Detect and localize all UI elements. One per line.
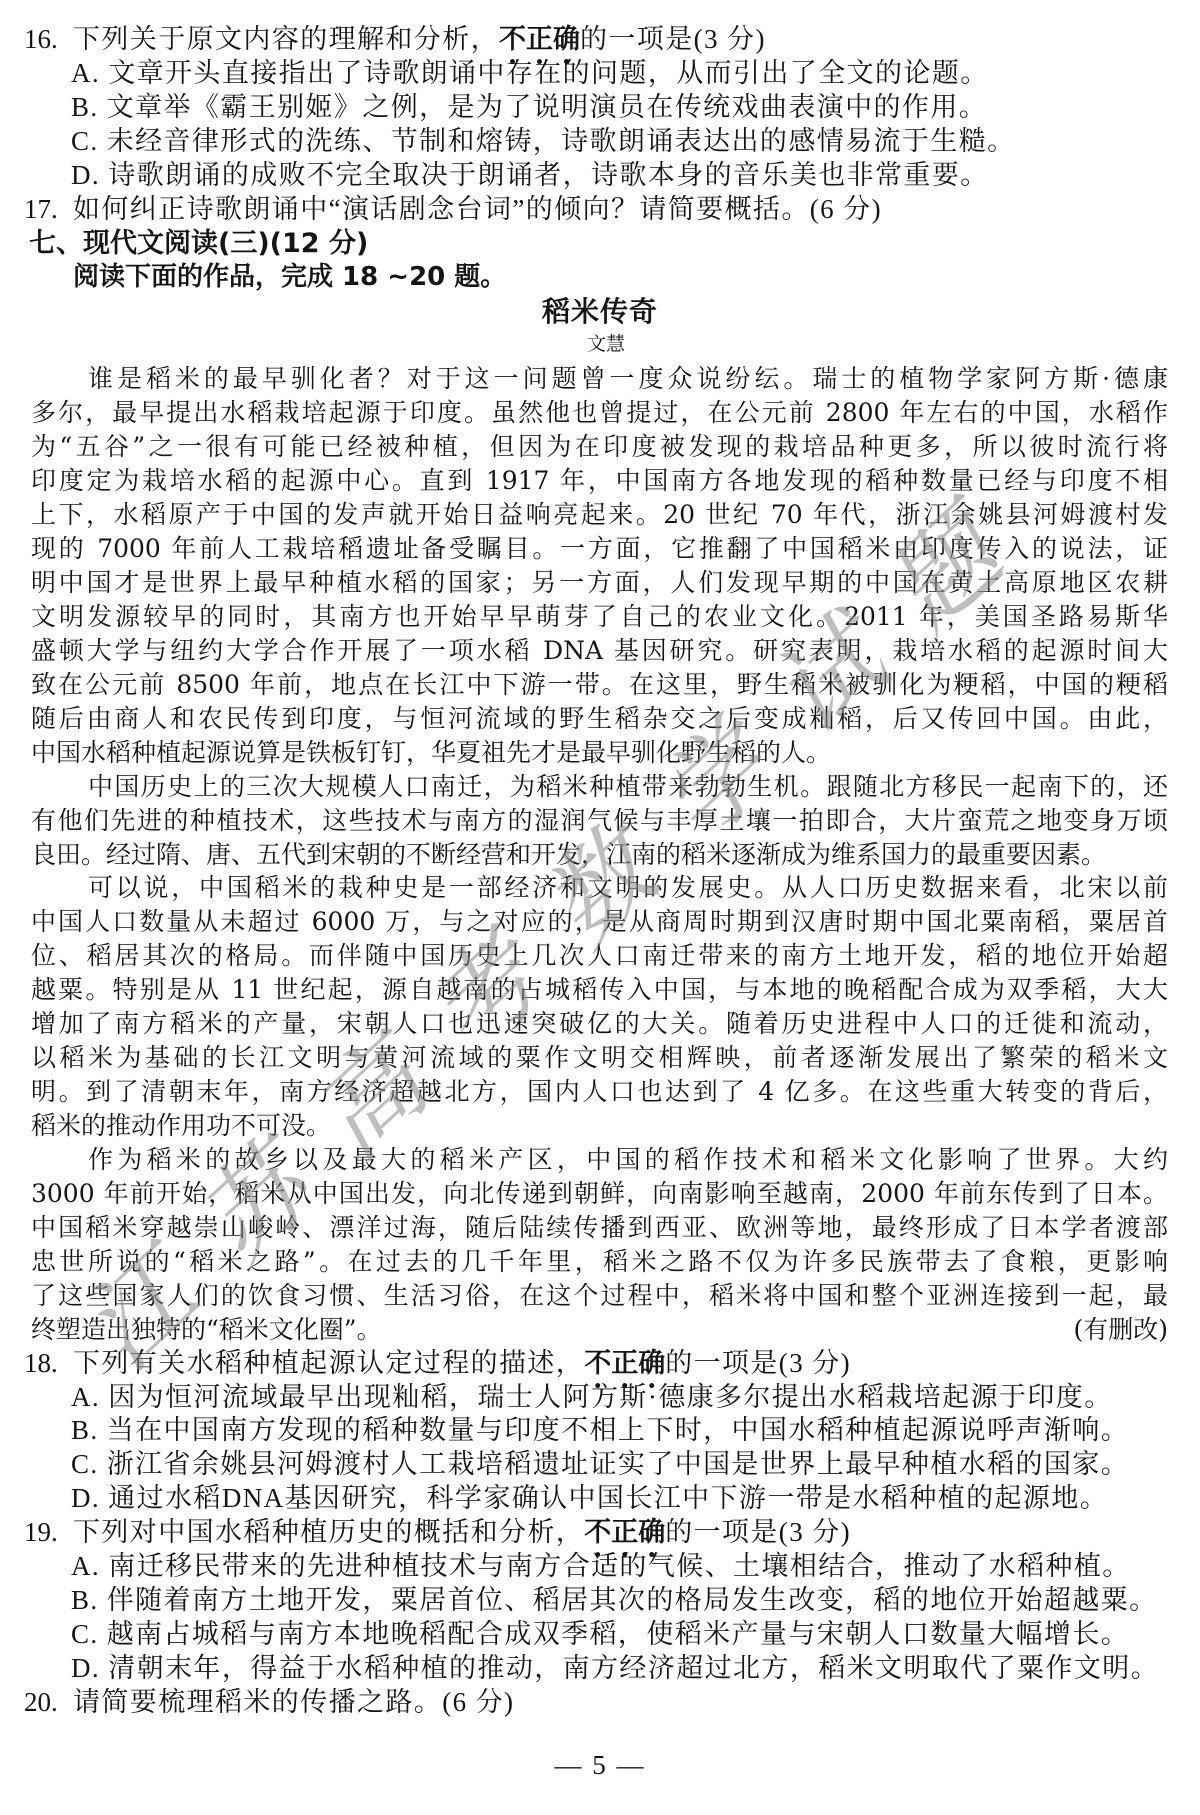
paragraph-line: 明中国才是世界上最早种植水稻的国家；另一方面，人们发现早期的中国在黄土高原地区农… [31, 566, 1168, 600]
paragraph-line: 位、稻居其次的格局。而伴随中国历史上几次人口南迁带来的南方土地开发，稻的地位开始… [31, 939, 1168, 973]
question-stem-score: 的一项是(3 分) [665, 1517, 851, 1547]
option-a: A. 因为恒河流域最早出现籼稻，瑞士人阿方斯·德康多尔提出水稻栽培起源于印度。 [0, 1381, 1200, 1415]
option-label: D. [71, 1483, 100, 1513]
option-b: B. 伴随着南方土地开发，粟居首位、稻居其次的格局发生改变，稻的地位开始超越粟。 [0, 1584, 1200, 1618]
option-text: 文章举《霸王别姬》之例，是为了说明演员在传统戏曲表演中的作用。 [107, 92, 987, 122]
emphasis-not-correct: 不正确 [584, 1348, 665, 1379]
edit-note: (有删改) [1073, 1313, 1168, 1347]
option-c: C. 未经音律形式的洗练、节制和熔铸，诗歌朗诵表达出的感情易流于生糙。 [0, 125, 1200, 159]
option-a: A. 文章开头直接指出了诗歌朗诵中存在的问题，从而引出了全文的论题。 [0, 57, 1200, 91]
question-20: 20.请简要梳理稻米的传播之路。(6 分) [0, 1686, 1200, 1720]
option-label: B. [71, 1415, 99, 1445]
option-a: A. 南迁移民带来的先进种植技术与南方合适的气候、土壤相结合，推动了水稻种植。 [0, 1550, 1200, 1584]
question-number: 18. [24, 1347, 73, 1381]
option-text: 未经音律形式的洗练、节制和熔铸，诗歌朗诵表达出的感情易流于生糙。 [107, 126, 1016, 156]
question-16-stem: 16.下列关于原文内容的理解和分析，不正确的一项是(3 分) [0, 23, 1200, 57]
section-heading: 七、现代文阅读(三)(12 分) [0, 227, 1200, 261]
article-paragraph-2: 中国历史上的三次大规模人口南迁，为稻米种植带来勃勃生机。跟随北方移民一起南下的，… [0, 770, 1200, 872]
paragraph-line: 印度定为栽培水稻的起源中心。直到 1917 年，中国南方各地发现的稻种数量已经与… [31, 464, 1168, 498]
option-d: D. 诗歌朗诵的成败不完全取决于朗诵者，诗歌本身的音乐美也非常重要。 [0, 159, 1200, 193]
option-label: D. [71, 1653, 100, 1683]
paragraph-line: 中国水稻种植起源说算是铁板钉钉，华夏祖先才是最早驯化野生稻的人。 [31, 736, 1168, 770]
article-title: 稻米传奇 [0, 295, 1200, 329]
option-label: B. [71, 1585, 99, 1615]
question-stem-score: 的一项是(3 分) [665, 1348, 851, 1378]
option-text: 因为恒河流域最早出现籼稻，瑞士人阿方斯·德康多尔提出水稻栽培起源于印度。 [108, 1382, 1112, 1412]
paragraph-line: 文明发源较早的同时，其南方也开始早早萌芽了自己的农业文化。2011 年，美国圣路… [31, 600, 1168, 634]
paragraph-line: 谁是稻米的最早驯化者？对于这一问题曾一度众说纷纭。瑞士的植物学家阿方斯·德康 [31, 362, 1168, 396]
paragraph-line: 中国人口数量从未超过 6000 万，与之对应的，是从商周时期到汉唐时期中国北粟南… [31, 905, 1168, 939]
question-text: 如何纠正诗歌朗诵中“演话剧念台词”的倾向？请简要概括。(6 分) [73, 194, 882, 224]
paragraph-line: 可以说，中国稻米的栽种史是一部经济和文明的发展史。从人口历史数据来看，北宋以前 [31, 871, 1168, 905]
option-text: 南迁移民带来的先进种植技术与南方合适的气候、土壤相结合，推动了水稻种植。 [108, 1551, 1130, 1581]
option-label: D. [71, 160, 100, 190]
emphasis-not-correct: 不正确 [584, 1517, 665, 1548]
option-d: D. 清朝末年，得益于水稻种植的推动，南方经济超过北方，稻米文明取代了粟作文明。 [0, 1652, 1200, 1686]
option-label: A. [71, 58, 100, 88]
paragraph-line: 现的 7000 年前人工栽培稻遗址备受瞩目。一方面，它推翻了中国稻米由印度传入的… [31, 532, 1168, 566]
question-number: 16. [24, 23, 73, 57]
section-instruction: 阅读下面的作品，完成 18 ~20 题。 [0, 261, 1200, 295]
paragraph-line: 终塑造出独特的“稻米文化圈”。 [31, 1313, 382, 1347]
paragraph-line: 稻米的推动作用功不可没。 [31, 1109, 1168, 1143]
exam-page: 16.下列关于原文内容的理解和分析，不正确的一项是(3 分) A. 文章开头直接… [0, 23, 1200, 1720]
option-text: 文章开头直接指出了诗歌朗诵中存在的问题，从而引出了全文的论题。 [108, 58, 988, 88]
paragraph-line: 以稻米为基础的长江文明与黄河流域的粟作文明交相辉映，前者逐渐发展出了繁荣的稻米文 [31, 1041, 1168, 1075]
option-text: 浙江省余姚县河姆渡村人工栽培稻遗址证实了中国是世界上最早种植水稻的国家。 [107, 1449, 1129, 1479]
article-author: 文慧 [0, 328, 1200, 362]
article-paragraph-1: 谁是稻米的最早驯化者？对于这一问题曾一度众说纷纭。瑞士的植物学家阿方斯·德康 多… [0, 362, 1200, 769]
question-stem-text: 下列对中国水稻种植历史的概括和分析， [73, 1517, 584, 1547]
paragraph-line: 良田。经过隋、唐、五代到宋朝的不断经营和开发，江南的稻米逐渐成为维系国力的最重要… [31, 838, 1168, 872]
option-text: 当在中国南方发现的稻种数量与印度不相上下时，中国水稻种植起源说呼声渐响。 [107, 1415, 1129, 1445]
emphasis-not-correct: 不正确 [499, 24, 580, 55]
paragraph-last-line-with-note: 终塑造出独特的“稻米文化圈”。 (有删改) [31, 1313, 1168, 1347]
option-text: 诗歌朗诵的成败不完全取决于朗诵者，诗歌本身的音乐美也非常重要。 [108, 160, 988, 190]
option-text: 伴随着南方土地开发，粟居首位、稻居其次的格局发生改变，稻的地位开始超越粟。 [107, 1585, 1158, 1615]
option-b: B. 当在中国南方发现的稻种数量与印度不相上下时，中国水稻种植起源说呼声渐响。 [0, 1414, 1200, 1448]
paragraph-line: 上下，水稻原产于中国的发声就开始日益响亮起来。20 世纪 70 年代，浙江余姚县… [31, 498, 1168, 532]
paragraph-line: 致在公元前 8500 年前，地点在长江中下游一带。在这里，野生稻米被驯化为粳稻，… [31, 668, 1168, 702]
paragraph-line: 随后由商人和农民传到印度，与恒河流域的野生稻杂交之后变成籼稻，后又传回中国。由此… [31, 702, 1168, 736]
option-text: 越南占城稻与南方本地晚稻配合成双季稻，使稻米产量与宋朝人口数量大幅增长。 [107, 1619, 1129, 1649]
option-label: A. [71, 1382, 100, 1412]
question-number: 17. [24, 193, 73, 227]
option-text: 清朝末年，得益于水稻种植的推动，南方经济超过北方，稻米文明取代了粟作文明。 [108, 1653, 1159, 1683]
paragraph-line: 增加了南方稻米的产量，宋朝人口也迅速突破亿的大关。随着历史进程中人口的迁徙和流动… [31, 1007, 1168, 1041]
option-text: 通过水稻DNA基因研究，科学家确认中国长江中下游一带是水稻种植的起源地。 [108, 1483, 1108, 1513]
option-label: C. [71, 126, 99, 156]
question-18-stem: 18.下列有关水稻种植起源认定过程的描述，不正确的一项是(3 分) [0, 1347, 1200, 1381]
paragraph-line: 多尔，最早提出水稻栽培起源于印度。虽然他也曾提过，在公元前 2800 年左右的中… [31, 396, 1168, 430]
article-paragraph-3: 可以说，中国稻米的栽种史是一部经济和文明的发展史。从人口历史数据来看，北宋以前 … [0, 871, 1200, 1143]
question-17: 17.如何纠正诗歌朗诵中“演话剧念台词”的倾向？请简要概括。(6 分) [0, 193, 1200, 227]
paragraph-line: 盛顿大学与纽约大学合作开展了一项水稻 DNA 基因研究。研究表明，栽培水稻的起源… [31, 634, 1168, 668]
option-label: A. [71, 1551, 100, 1581]
paragraph-line: 为“五谷”之一很有可能已经被种植，但因为在印度被发现的栽培品种更多，所以彼时流行… [31, 430, 1168, 464]
paragraph-line: 忠世所说的“稻米之路”。在过去的几千年里，稻米之路不仅为许多民族带去了食粮，更影… [31, 1245, 1168, 1279]
option-label: B. [71, 92, 99, 122]
question-text: 请简要梳理稻米的传播之路。(6 分) [73, 1687, 514, 1717]
question-stem-text: 下列有关水稻种植起源认定过程的描述， [73, 1348, 584, 1378]
option-d: D. 通过水稻DNA基因研究，科学家确认中国长江中下游一带是水稻种植的起源地。 [0, 1482, 1200, 1516]
question-number: 20. [24, 1686, 73, 1720]
option-label: C. [71, 1619, 99, 1649]
question-stem-text: 下列关于原文内容的理解和分析， [73, 24, 499, 54]
paragraph-line: 有他们先进的种植技术，这些技术与南方的湿润气候与丰厚土壤一拍即合，大片蛮荒之地变… [31, 804, 1168, 838]
paragraph-line: 了这些国家人们的饮食习惯、生活习俗，在这个过程中，稻米将中国和整个亚洲连接到一起… [31, 1279, 1168, 1313]
paragraph-line: 越粟。特别是从 11 世纪起，源自越南的占城稻传入中国，与本地的晚稻配合成为双季… [31, 973, 1168, 1007]
option-b: B. 文章举《霸王别姬》之例，是为了说明演员在传统戏曲表演中的作用。 [0, 91, 1200, 125]
paragraph-line: 中国稻米穿越崇山峻岭、漂洋过海，随后陆续传播到西亚、欧洲等地，最终形成了日本学者… [31, 1211, 1168, 1245]
paragraph-line: 3000 年前开始，稻米从中国出发，向北传递到朝鲜，向南影响至越南，2000 年… [31, 1177, 1168, 1211]
question-number: 19. [24, 1516, 73, 1550]
question-19-stem: 19.下列对中国水稻种植历史的概括和分析，不正确的一项是(3 分) [0, 1516, 1200, 1550]
paragraph-line: 明。到了清朝末年，南方经济超越北方，国内人口也达到了 4 亿多。在这些重大转变的… [31, 1075, 1168, 1109]
page-number: — 5 — [0, 1750, 1200, 1781]
option-label: C. [71, 1449, 99, 1479]
paragraph-line: 作为稻米的故乡以及最大的稻米产区，中国的稻作技术和稻米文化影响了世界。大约 [31, 1143, 1168, 1177]
article-paragraph-4: 作为稻米的故乡以及最大的稻米产区，中国的稻作技术和稻米文化影响了世界。大约 30… [0, 1143, 1200, 1347]
option-c: C. 浙江省余姚县河姆渡村人工栽培稻遗址证实了中国是世界上最早种植水稻的国家。 [0, 1448, 1200, 1482]
option-c: C. 越南占城稻与南方本地晚稻配合成双季稻，使稻米产量与宋朝人口数量大幅增长。 [0, 1618, 1200, 1652]
question-stem-score: 的一项是(3 分) [580, 24, 766, 54]
paragraph-line: 中国历史上的三次大规模人口南迁，为稻米种植带来勃勃生机。跟随北方移民一起南下的，… [31, 770, 1168, 804]
